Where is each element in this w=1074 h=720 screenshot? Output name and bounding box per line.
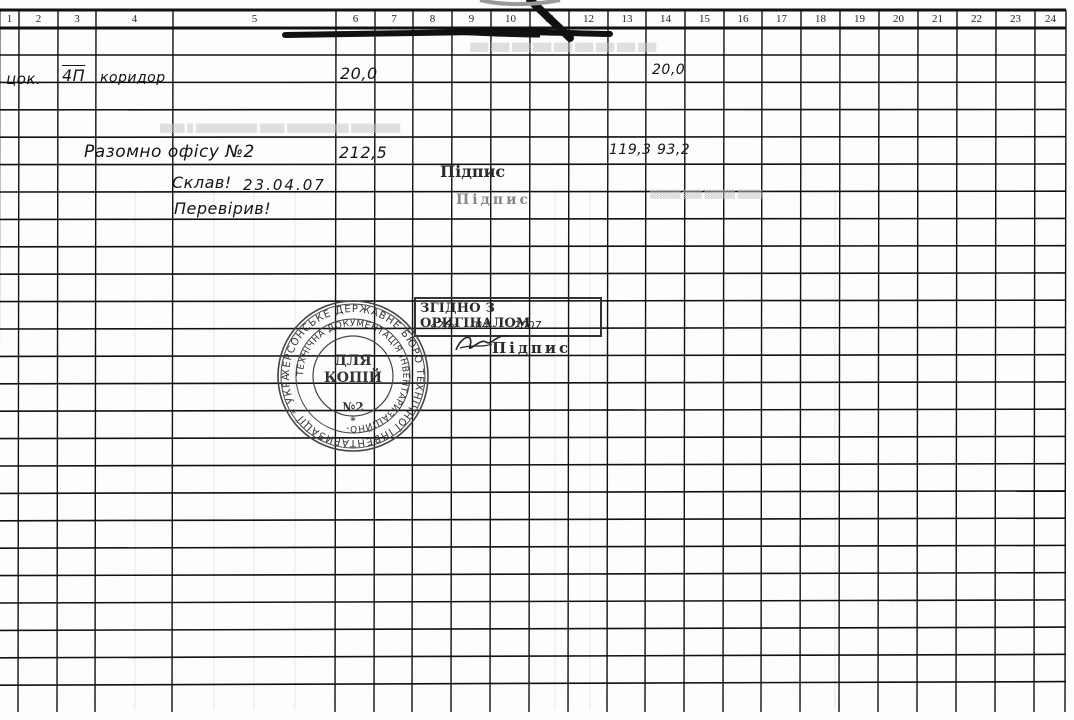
column-number-24: 24 [1035,10,1066,28]
column-number-23: 23 [996,10,1035,28]
entry-room-name: коридор [100,70,166,86]
column-number-19: 19 [840,10,879,28]
office-main-area: 119,3 [609,142,652,158]
entry-room-number: 4П [62,66,85,85]
faint-background-text: ▒▒▒▒▒ ▒▒▒ ▒▒▒▒▒ ▒▒▒▒ [650,190,762,199]
compiled-by-label: Склав! [172,173,232,192]
column-number-3: 3 [58,10,96,28]
office-total-label: Разомно офісу №2 [84,142,255,162]
seal-number: №2 [275,400,431,414]
entry-total-area: 20,0 [340,64,378,83]
printed-signature-label: Підпис [440,162,505,181]
column-number-14: 14 [646,10,685,28]
column-number-2: 2 [19,10,58,28]
printed-signature-label: Підпис [492,339,571,357]
seal-center-line-1: ДЛЯ [275,353,431,369]
pen-strike-mark [280,0,620,45]
column-number-1: 1 [0,10,19,28]
column-number-18: 18 [801,10,840,28]
entry-auxiliary-area: 20,0 [652,62,685,78]
faint-background-text: ▒▒▒▒ ▒ ▒▒▒▒▒▒▒▒▒▒ ▒▒▒▒ ▒▒▒▒▒▒▒▒▒▒ ▒▒▒▒▒▒… [160,124,400,133]
column-number-4: 4 [96,10,173,28]
compiled-date: 23.04.07 [243,176,326,194]
column-number-21: 21 [918,10,957,28]
faint-background-text: ▒▒▒ ▒▒▒ ▒▒▒ ▒▒▒ ▒▒▒ ▒▒▒ ▒▒▒ ▒▒▒ ▒▒▒ [470,43,656,52]
office-auxiliary-area: 93,2 [657,142,690,158]
round-official-seal: ХЕРСОНСЬКЕ ДЕРЖАВНЕ БЮРО ТЕХНІЧНОЇ ІНВЕН… [275,298,431,454]
seal-star: * [275,416,431,427]
office-total-area: 212,5 [339,143,387,162]
printed-signature-label-faint: Підпис [456,192,531,208]
column-number-17: 17 [762,10,801,28]
column-number-22: 22 [957,10,996,28]
column-number-15: 15 [685,10,724,28]
entry-floor-label: цок. [6,70,41,88]
checked-by-label: Перевірив! [174,199,271,218]
seal-center-line-2: КОПІЙ [275,370,431,386]
column-number-20: 20 [879,10,918,28]
register-grid [0,0,1074,720]
column-number-16: 16 [724,10,762,28]
